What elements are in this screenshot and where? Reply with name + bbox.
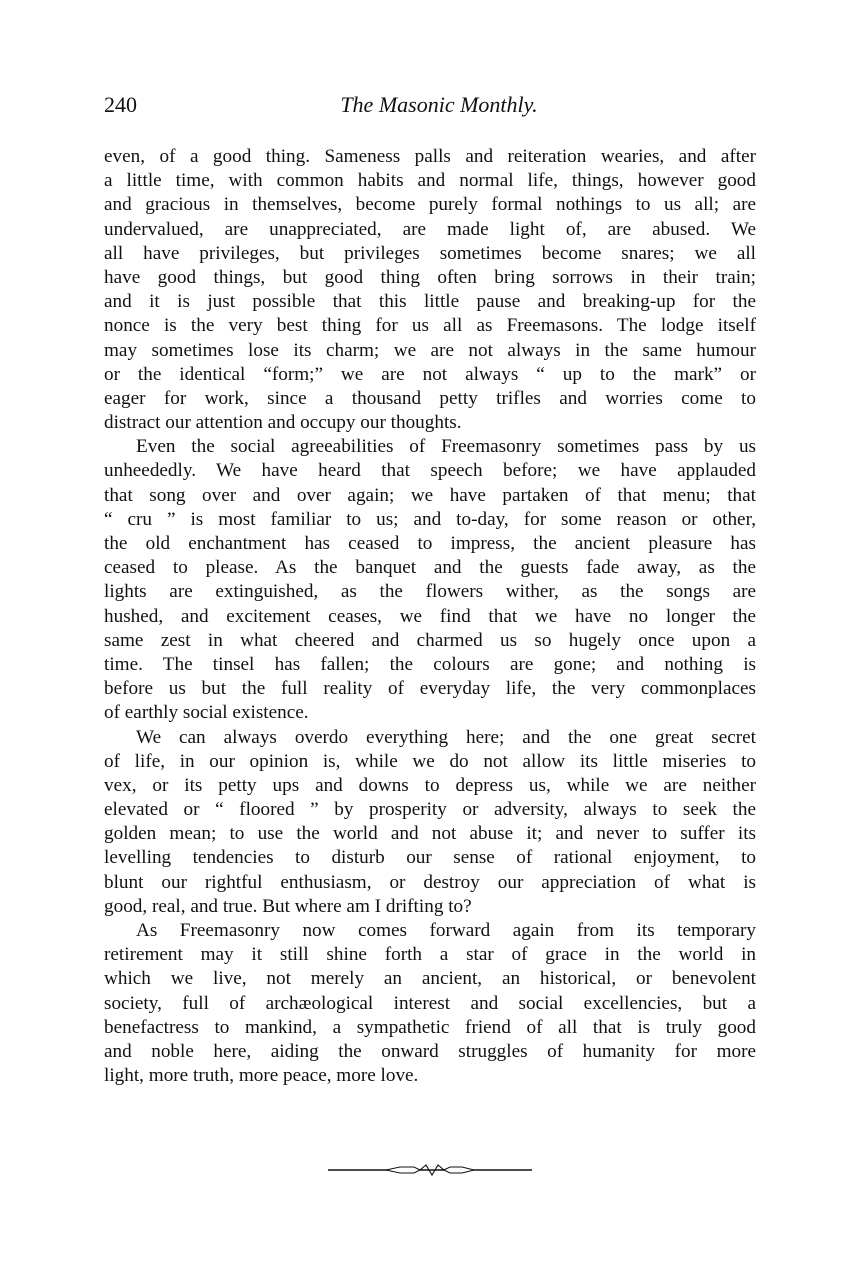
text-line: time. The tinsel has fallen; the colours…	[104, 653, 756, 677]
text-line: distract our attention and occupy our th…	[104, 411, 756, 435]
text-line: before us but the full reality of everyd…	[104, 677, 756, 701]
text-line: golden mean; to use the world and not ab…	[104, 822, 756, 846]
text-line: nonce is the very best thing for us all …	[104, 314, 756, 338]
text-line: light, more truth, more peace, more love…	[104, 1064, 756, 1088]
text-line: and noble here, aiding the onward strugg…	[104, 1040, 756, 1064]
text-line: or the identical “form;” we are not alwa…	[104, 363, 756, 387]
text-line: blunt our rightful enthusiasm, or destro…	[104, 871, 756, 895]
text-line: that song over and over again; we have p…	[104, 484, 756, 508]
paragraph: We can always overdo everything here; an…	[104, 726, 756, 920]
running-title: The Masonic Monthly.	[104, 92, 756, 118]
text-line: eager for work, since a thousand petty t…	[104, 387, 756, 411]
page-header: 240 The Masonic Monthly.	[104, 92, 756, 122]
article-body: even, of a good thing. Sameness palls an…	[104, 145, 756, 1088]
text-line: We can always overdo everything here; an…	[104, 726, 756, 750]
text-line: of life, in our opinion is, while we do …	[104, 750, 756, 774]
text-line: elevated or “ floored ” by prosperity or…	[104, 798, 756, 822]
text-line: all have privileges, but privileges some…	[104, 242, 756, 266]
text-line: and it is just possible that this little…	[104, 290, 756, 314]
text-line: undervalued, are unappreciated, are made…	[104, 218, 756, 242]
text-line: levelling tendencies to disturb our sens…	[104, 846, 756, 870]
text-line: ceased to please. As the banquet and the…	[104, 556, 756, 580]
paragraph: Even the social agreeabilities of Freema…	[104, 435, 756, 725]
decorative-rule-ornament-icon	[328, 1163, 532, 1177]
text-line: the old enchantment has ceased to impres…	[104, 532, 756, 556]
text-line: even, of a good thing. Sameness palls an…	[104, 145, 756, 169]
text-line: “ cru ” is most familiar to us; and to-d…	[104, 508, 756, 532]
text-line: of earthly social existence.	[104, 701, 756, 725]
document-page: 240 The Masonic Monthly. even, of a good…	[0, 0, 859, 1265]
text-line: unheededly. We have heard that speech be…	[104, 459, 756, 483]
paragraph: even, of a good thing. Sameness palls an…	[104, 145, 756, 435]
paragraph: As Freemasonry now comes forward again f…	[104, 919, 756, 1088]
text-line: Even the social agreeabilities of Freema…	[104, 435, 756, 459]
text-line: society, full of archæological interest …	[104, 992, 756, 1016]
text-line: retirement may it still shine forth a st…	[104, 943, 756, 967]
text-line: lights are extinguished, as the flowers …	[104, 580, 756, 604]
text-line: which we live, not merely an ancient, an…	[104, 967, 756, 991]
text-line: a little time, with common habits and no…	[104, 169, 756, 193]
text-line: and gracious in themselves, become purel…	[104, 193, 756, 217]
text-line: good, real, and true. But where am I dri…	[104, 895, 756, 919]
text-line: As Freemasonry now comes forward again f…	[104, 919, 756, 943]
text-line: vex, or its petty ups and downs to depre…	[104, 774, 756, 798]
text-line: have good things, but good thing often b…	[104, 266, 756, 290]
text-line: hushed, and excitement ceases, we find t…	[104, 605, 756, 629]
text-line: same zest in what cheered and charmed us…	[104, 629, 756, 653]
text-line: benefactress to mankind, a sympathetic f…	[104, 1016, 756, 1040]
text-line: may sometimes lose its charm; we are not…	[104, 339, 756, 363]
